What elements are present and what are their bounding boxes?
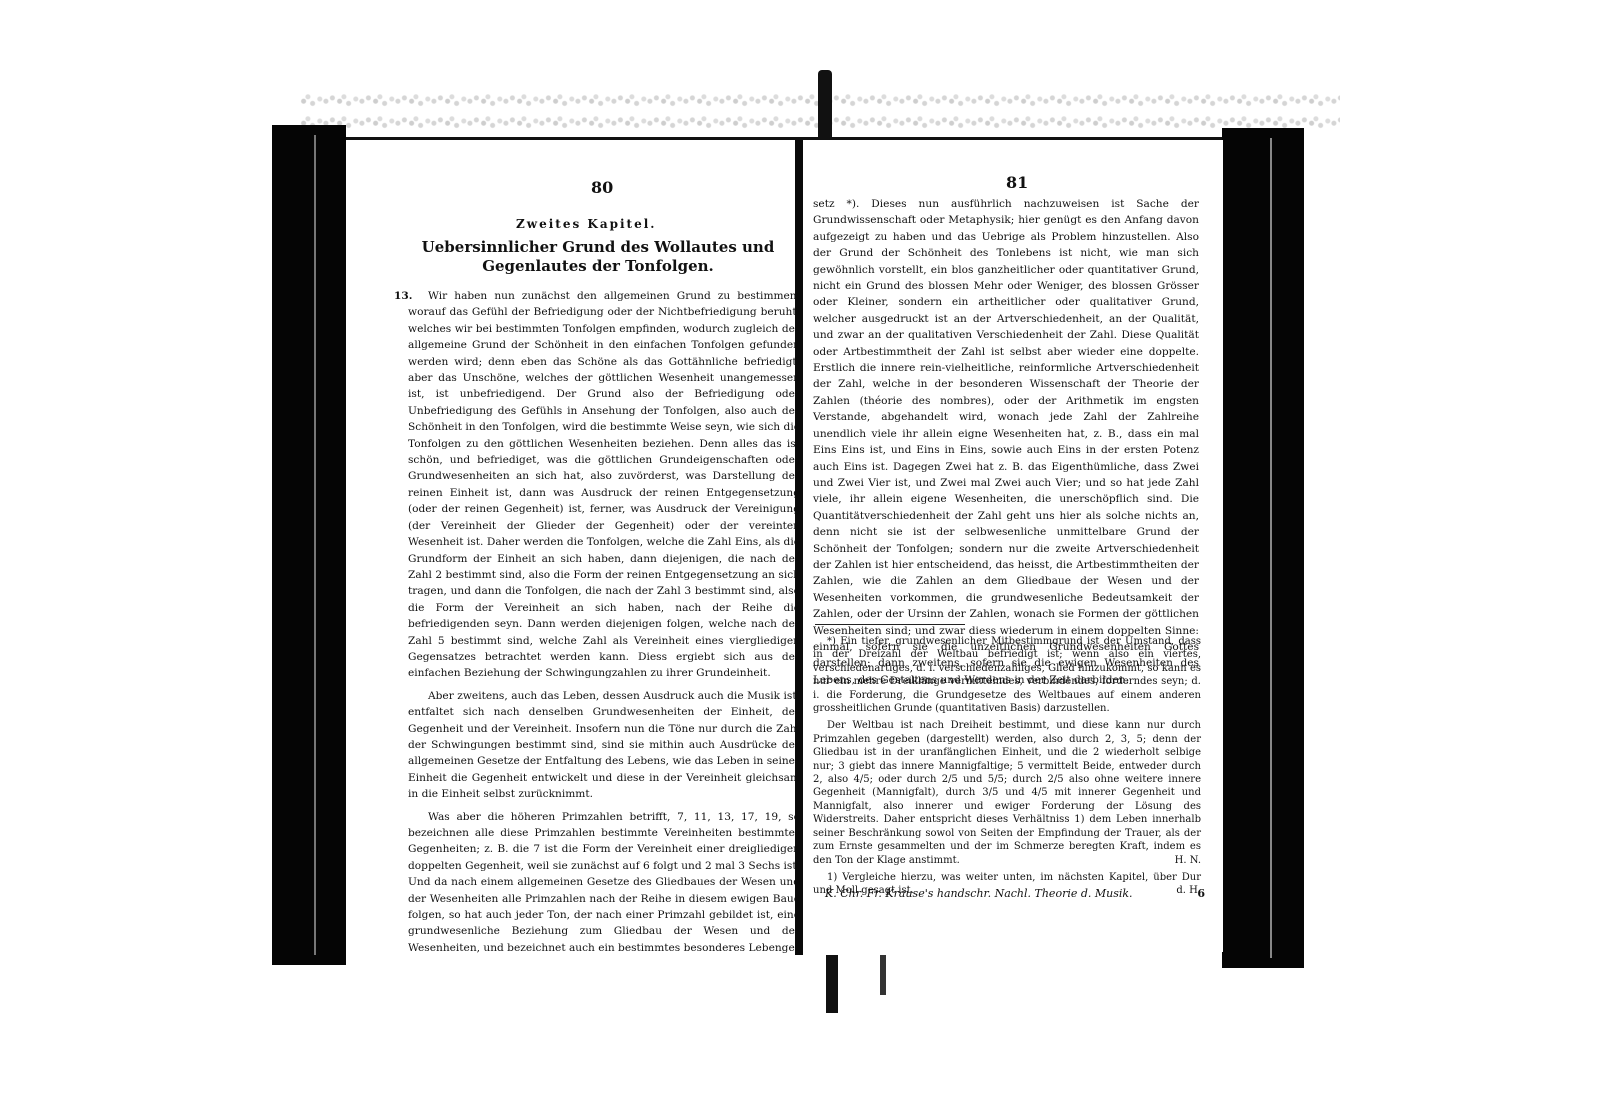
chapter-heading: Zweites Kapitel. [516, 217, 656, 231]
section-title: Uebersinnlicher Grund des Wollautes und … [398, 238, 798, 276]
book-spine-top [818, 70, 832, 140]
book-spine-bottom-mark [880, 955, 886, 995]
body-text: 13. Wir haben nun zunächst den allgemein… [408, 288, 800, 962]
signature-line: K. Chr. Fr. Krause's handschr. Nachl. Th… [825, 887, 1205, 900]
signature-mark: 6 [1197, 887, 1205, 900]
page-number: 80 [591, 178, 613, 197]
paragraph: setz *). Dieses nun ausführlich nachzuwe… [813, 196, 1199, 688]
paragraph: Was aber die höheren Primzahlen betrifft… [408, 809, 800, 957]
body-text: setz *). Dieses nun ausführlich nachzuwe… [813, 196, 1199, 694]
footnote: *) Ein tiefer, grundwesenlicher Mitbesti… [813, 635, 1201, 715]
book-cover-right [1222, 128, 1304, 968]
paragraph: Wir haben nun zunächst den allgemeinen G… [408, 288, 800, 682]
paragraph: Aber zweitens, auch das Leben, dessen Au… [408, 688, 800, 803]
book-gutter [795, 140, 803, 955]
footnote-sign: H. N. [1161, 854, 1201, 867]
footnote: Der Weltbau ist nach Dreiheit bestimmt, … [813, 719, 1201, 866]
book-spine-bottom [826, 955, 838, 1013]
book-cover-left [272, 125, 346, 965]
right-page: 81 setz *). Dieses nun ausführlich nachz… [803, 140, 1223, 952]
section-number: 13. [394, 288, 412, 304]
left-page: 80 Zweites Kapitel. Uebersinnlicher Grun… [346, 140, 796, 950]
page-number: 81 [1006, 173, 1028, 192]
footnote-rule [815, 624, 965, 625]
footnotes: *) Ein tiefer, grundwesenlicher Mitbesti… [813, 635, 1201, 902]
